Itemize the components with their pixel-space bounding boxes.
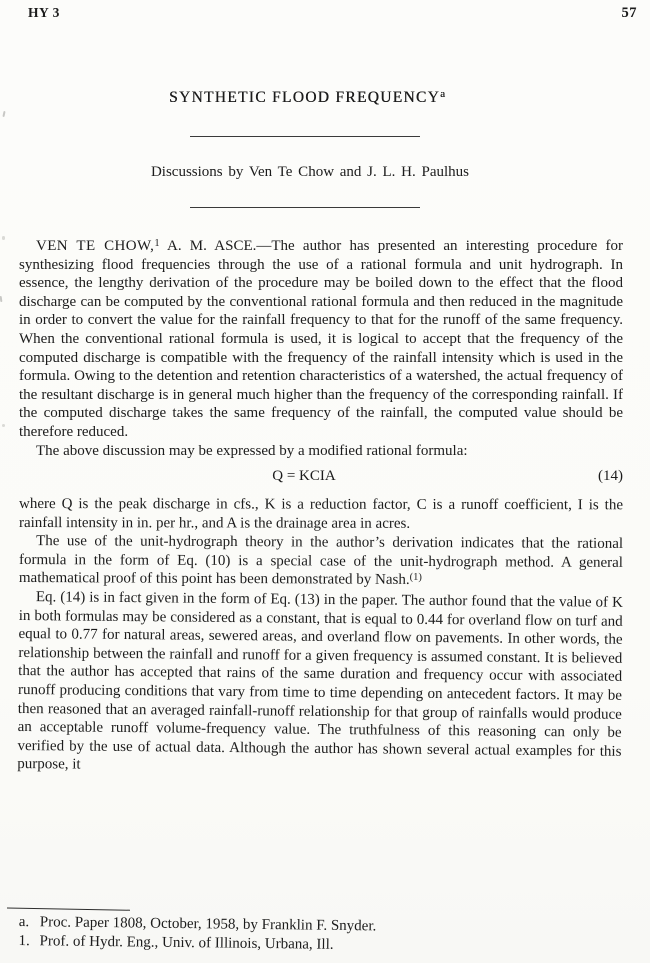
scan-artifact xyxy=(2,236,5,240)
discusser-name: VEN TE CHOW, xyxy=(36,238,154,254)
footnote-a-text: Proc. Paper 1808, October, 1958, by Fran… xyxy=(40,914,377,934)
byline-rule-bottom xyxy=(190,207,420,208)
footnote-1-label: 1. xyxy=(18,932,39,951)
document-page: HY 3 57 SYNTHETIC FLOOD FREQUENCYa Discu… xyxy=(0,0,650,963)
page-header: HY 3 57 xyxy=(28,5,637,22)
paragraph-variable-definitions: where Q is the peak discharge in cfs., K… xyxy=(19,495,623,533)
scan-artifact xyxy=(2,111,5,117)
page-number: 57 xyxy=(622,5,638,22)
scan-artifact xyxy=(2,424,5,427)
title-footnote-marker: a xyxy=(440,88,445,100)
article-title-text: SYNTHETIC FLOOD FREQUENCY xyxy=(169,89,440,106)
footnote-1-text: Prof. of Hydr. Eng., Univ. of Illinois, … xyxy=(40,933,334,953)
paragraph-unit-hydrograph: The use of the unit-hydrograph theory in… xyxy=(19,532,623,591)
paragraph-1-text: A. M. ASCE.—The author has presented an … xyxy=(19,238,623,440)
paragraph-4-text: The use of the unit-hydrograph theory in… xyxy=(19,533,623,588)
article-title: SYNTHETIC FLOOD FREQUENCYa xyxy=(0,88,614,107)
journal-code: HY 3 xyxy=(28,5,60,22)
byline: Discussions by Ven Te Chow and J. L. H. … xyxy=(0,164,620,181)
footnotes-section: a.Proc. Paper 1808, October, 1958, by Fr… xyxy=(18,908,622,958)
footnote-marker-nash: (1) xyxy=(410,572,422,583)
footnote-separator-rule xyxy=(7,907,130,910)
equation-number: (14) xyxy=(598,467,623,486)
equation-14: Q = KCIA (14) xyxy=(19,467,623,486)
paragraph-eq14-discussion: Eq. (14) is in fact given in the form of… xyxy=(17,588,623,780)
equation-body: Q = KCIA xyxy=(272,468,335,484)
article-body: VEN TE CHOW,1 A. M. ASCE.—The author has… xyxy=(19,237,623,774)
byline-rule-top xyxy=(190,136,420,137)
paragraph-discussion-1: VEN TE CHOW,1 A. M. ASCE.—The author has… xyxy=(19,237,623,442)
scan-artifact xyxy=(0,296,2,302)
footnote-a-label: a. xyxy=(19,913,40,932)
paragraph-formula-intro: The above discussion may be expressed by… xyxy=(19,442,623,461)
